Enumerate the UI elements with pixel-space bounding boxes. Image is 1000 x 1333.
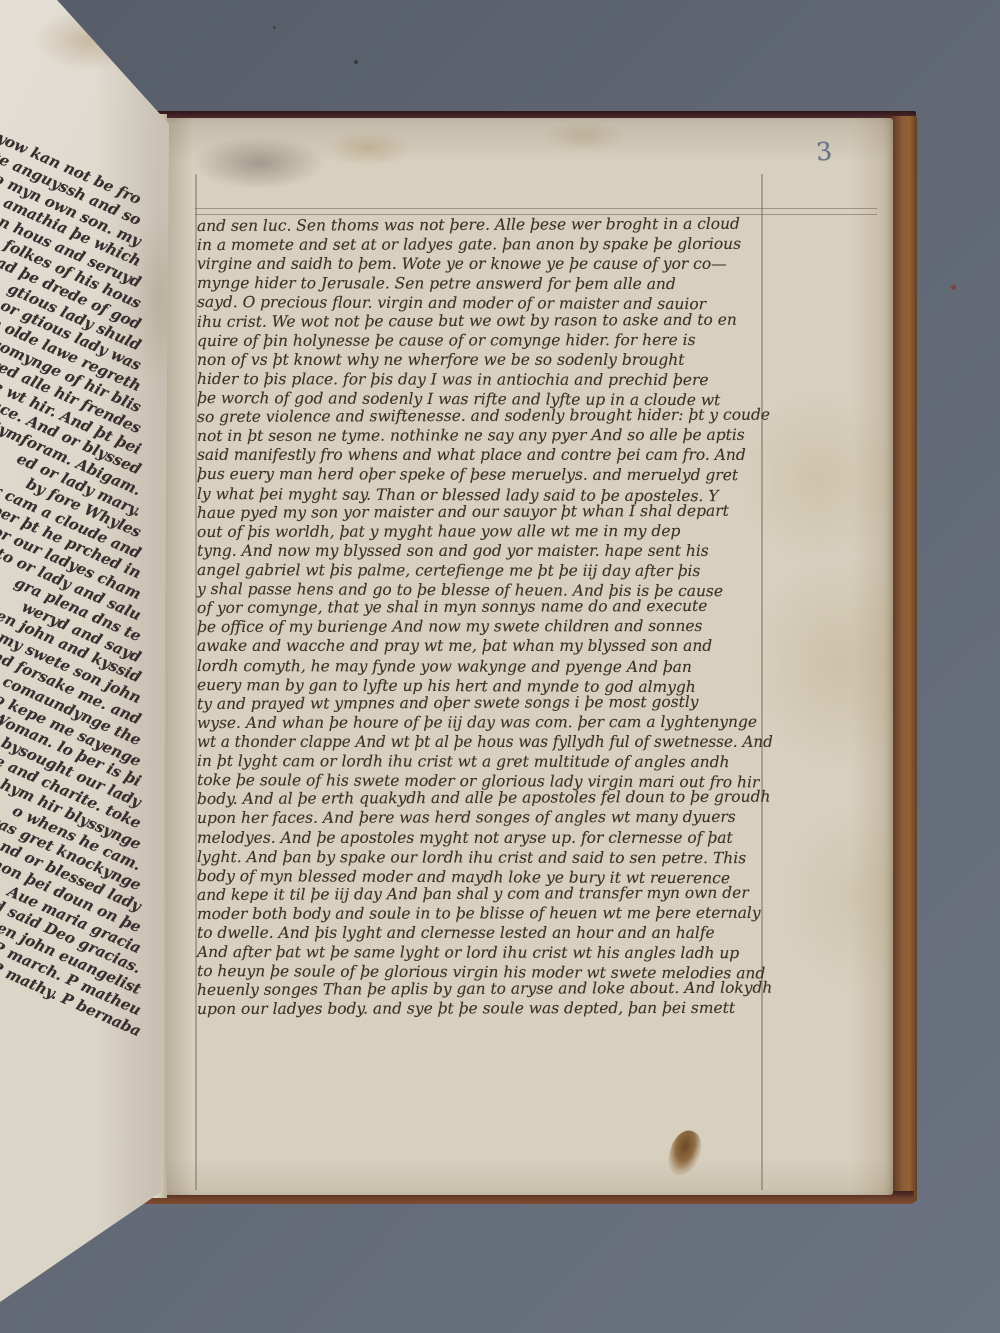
manuscript-text-line: þe office of my burienge And now my swet…: [197, 617, 773, 637]
manuscript-text-line: out of þis worldh, þat y myght haue yow …: [197, 522, 773, 542]
manuscript-text-line: in þt lyght cam or lordh ihu crist wt a …: [197, 752, 773, 772]
photograph-background: 3 and sen luc. Sen thoms was not þere. A…: [0, 0, 1000, 1333]
manuscript-text-line: hider to þis place. for þis day I was in…: [197, 370, 773, 390]
folio-number: 3: [815, 134, 857, 166]
background-speck: [951, 285, 956, 290]
manuscript-verso-page: yow kan not be frorete anguyssh and soo …: [0, 0, 172, 1333]
manuscript-text-line: virgine and saidh to þem. Wote ye or kno…: [197, 255, 773, 274]
manuscript-text-line: lordh comyth, he may fynde yow wakynge a…: [197, 657, 773, 677]
background-speck: [354, 60, 358, 64]
manuscript-text-line: and kepe it til þe iij day And þan shal …: [197, 883, 773, 905]
manuscript-text-line: awake and wacche and pray wt me, þat wha…: [197, 637, 773, 656]
manuscript-text-line: and sen luc. Sen thoms was not þere. All…: [197, 215, 773, 237]
manuscript-text-line: ty and prayed wt ympnes and oþer swete s…: [197, 692, 773, 714]
manuscript-text-line: so grete violence and swiftenesse. and s…: [197, 406, 773, 428]
book-cover-right-edge: [891, 116, 917, 1202]
ink-spot-stain: [665, 1127, 705, 1179]
manuscript-text-line: þus euery man herd oþer speke of þese me…: [197, 465, 773, 485]
recto-text-block: and sen luc. Sen thoms was not þere. All…: [197, 217, 775, 1020]
manuscript-text-line: body. And al þe erth quakydh and alle þe…: [197, 788, 773, 810]
verso-text-block: yow kan not be frorete anguyssh and soo …: [0, 190, 172, 1043]
manuscript-text-line: angel gabriel wt þis palme, certefienge …: [197, 561, 773, 581]
background-speck: [273, 26, 276, 29]
manuscript-text-line: mynge hider to Jerusale. Sen petre answe…: [197, 274, 773, 294]
manuscript-text-line: heuenly songes Than þe aplis by gan to a…: [197, 979, 773, 1001]
manuscript-text-line: to dwelle. And þis lyght and clernesse l…: [197, 924, 773, 943]
manuscript-text-line: upon her faces. And þere was herd songes…: [197, 808, 773, 828]
manuscript-text-line: wt a thonder clappe And wt þt al þe hous…: [197, 733, 761, 752]
manuscript-recto-page: 3 and sen luc. Sen thoms was not þere. A…: [164, 118, 893, 1195]
manuscript-text-line: non of vs þt knowt why ne wherfore we be…: [197, 351, 773, 370]
manuscript-text-line: upon our ladyes body. and sye þt þe soul…: [197, 999, 773, 1019]
manuscript-text-line: lyght. And þan by spake our lordh ihu cr…: [197, 848, 773, 868]
manuscript-text-line: ihu crist. We wot not þe cause but we ow…: [197, 310, 773, 332]
manuscript-text-line: in a momete and set at or ladyes gate. þ…: [197, 235, 773, 255]
manuscript-text-line: moder both body and soule in to þe bliss…: [197, 904, 773, 924]
manuscript-text-line: haue pyed my son yor maister and our sau…: [197, 501, 773, 523]
manuscript-text-line: wyse. And whan þe houre of þe iij day wa…: [197, 713, 773, 733]
manuscript-text-line: quire of þin holynesse þe cause of or co…: [197, 330, 773, 350]
manuscript-text-line: not in þt seson ne tyme. nothinke ne say…: [197, 426, 773, 446]
manuscript-text-line: of yor comynge, that ye shal in myn sonn…: [197, 597, 773, 619]
manuscript-text-line: melodyes. And þe apostoles myght not ary…: [197, 829, 773, 848]
manuscript-text-line: And after þat wt þe same lyght or lord i…: [197, 943, 773, 963]
top-ruling-line: [195, 208, 877, 209]
manuscript-text-line: tyng. And now my blyssed son and god yor…: [197, 542, 773, 561]
manuscript-text-line: said manifestly fro whens and what place…: [197, 446, 773, 465]
